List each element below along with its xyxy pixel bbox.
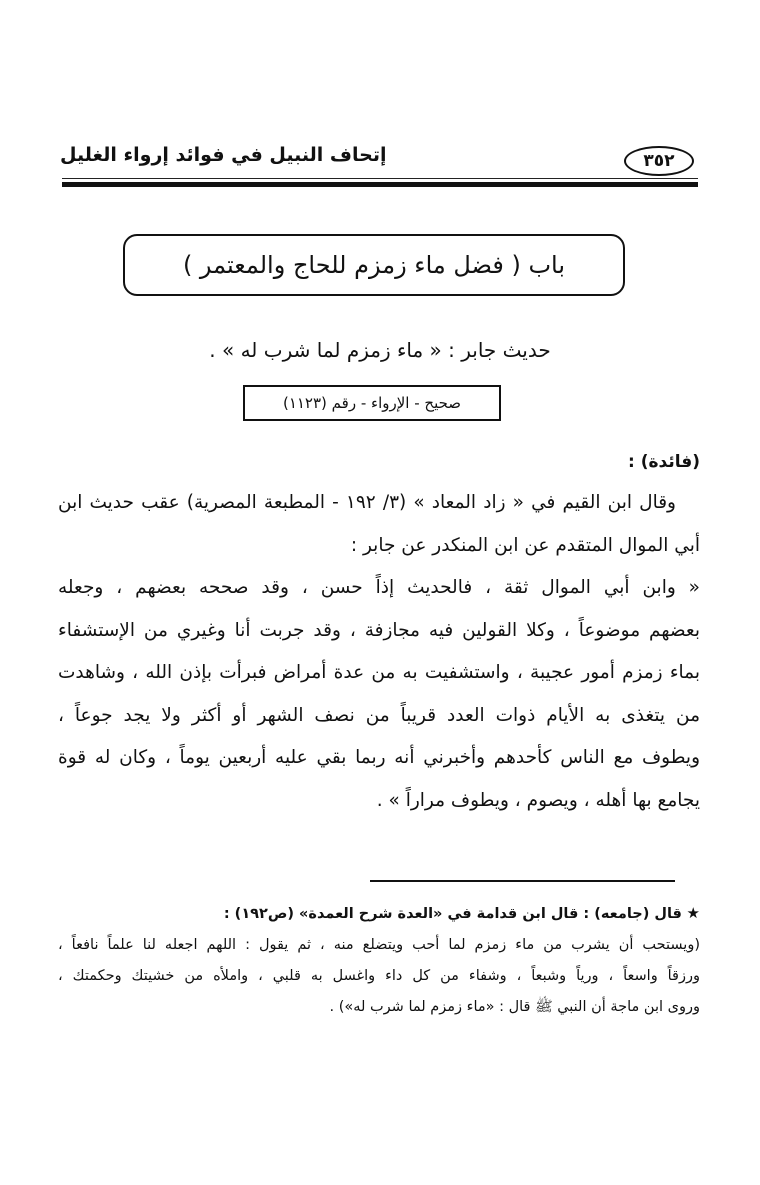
footnote-line: وروى ابن ماجة أن النبي ﷺ قال : «ماء زمزم… <box>58 992 700 1023</box>
footnote-separator <box>370 880 675 882</box>
hadith-grade-box: صحيح - الإرواء - رقم (١١٢٣) <box>243 385 501 421</box>
body-line: وقال ابن القيم في « زاد المعاد » (٣/ ١٩٢… <box>58 482 700 525</box>
footnote-heading: قال (جامعه) : قال ابن قدامة في «العدة شر… <box>224 906 682 922</box>
body-line: يجامع بها أهله ، ويصوم ، ويطوف مراراً » … <box>58 780 700 823</box>
benefit-label: (فائدة) : <box>628 452 700 472</box>
body-line: من يتغذى به الأيام ذوات العدد قريباً من … <box>58 695 700 738</box>
chapter-title: باب ( فضل ماء زمزم للحاج والمعتمر ) <box>183 251 565 279</box>
footnote-line: ورزقاً واسعاً ، ورياً وشبعاً ، وشفاء من … <box>58 961 700 992</box>
benefit-body: وقال ابن القيم في « زاد المعاد » (٣/ ١٩٢… <box>58 482 700 822</box>
chapter-title-box: باب ( فضل ماء زمزم للحاج والمعتمر ) <box>123 234 625 296</box>
body-line: « وابن أبي الموال ثقة ، فالحديث إذاً حسن… <box>58 567 700 610</box>
body-line: ويطوف مع الناس كأحدهم وأخبرني أنه ربما ب… <box>58 737 700 780</box>
running-title: إتحاف النبيل في فوائد إرواء الغليل <box>60 144 386 166</box>
footnote-heading-line: ★ قال (جامعه) : قال ابن قدامة في «العدة … <box>58 898 700 930</box>
footnote-block: ★ قال (جامعه) : قال ابن قدامة في «العدة … <box>58 898 700 1023</box>
body-line: بماء زمزم أمور عجيبة ، واستشفيت به من عد… <box>58 652 700 695</box>
hadith-grade: صحيح - الإرواء - رقم (١١٢٣) <box>283 394 461 412</box>
body-line: بعضهم موضوعاً ، وكلا القولين فيه مجازفة … <box>58 610 700 653</box>
page-number: ٣٥٢ <box>624 146 694 176</box>
body-line: أبي الموال المتقدم عن ابن المنكدر عن جاب… <box>58 525 700 568</box>
footnote-line: (ويستحب أن يشرب من ماء زمزم لما أحب ويتض… <box>58 930 700 961</box>
star-icon: ★ <box>687 904 700 922</box>
header-rule-thick <box>62 182 698 187</box>
header-rule-thin <box>62 178 698 179</box>
hadith-text: حديث جابر : « ماء زمزم لما شرب له » . <box>0 338 760 362</box>
